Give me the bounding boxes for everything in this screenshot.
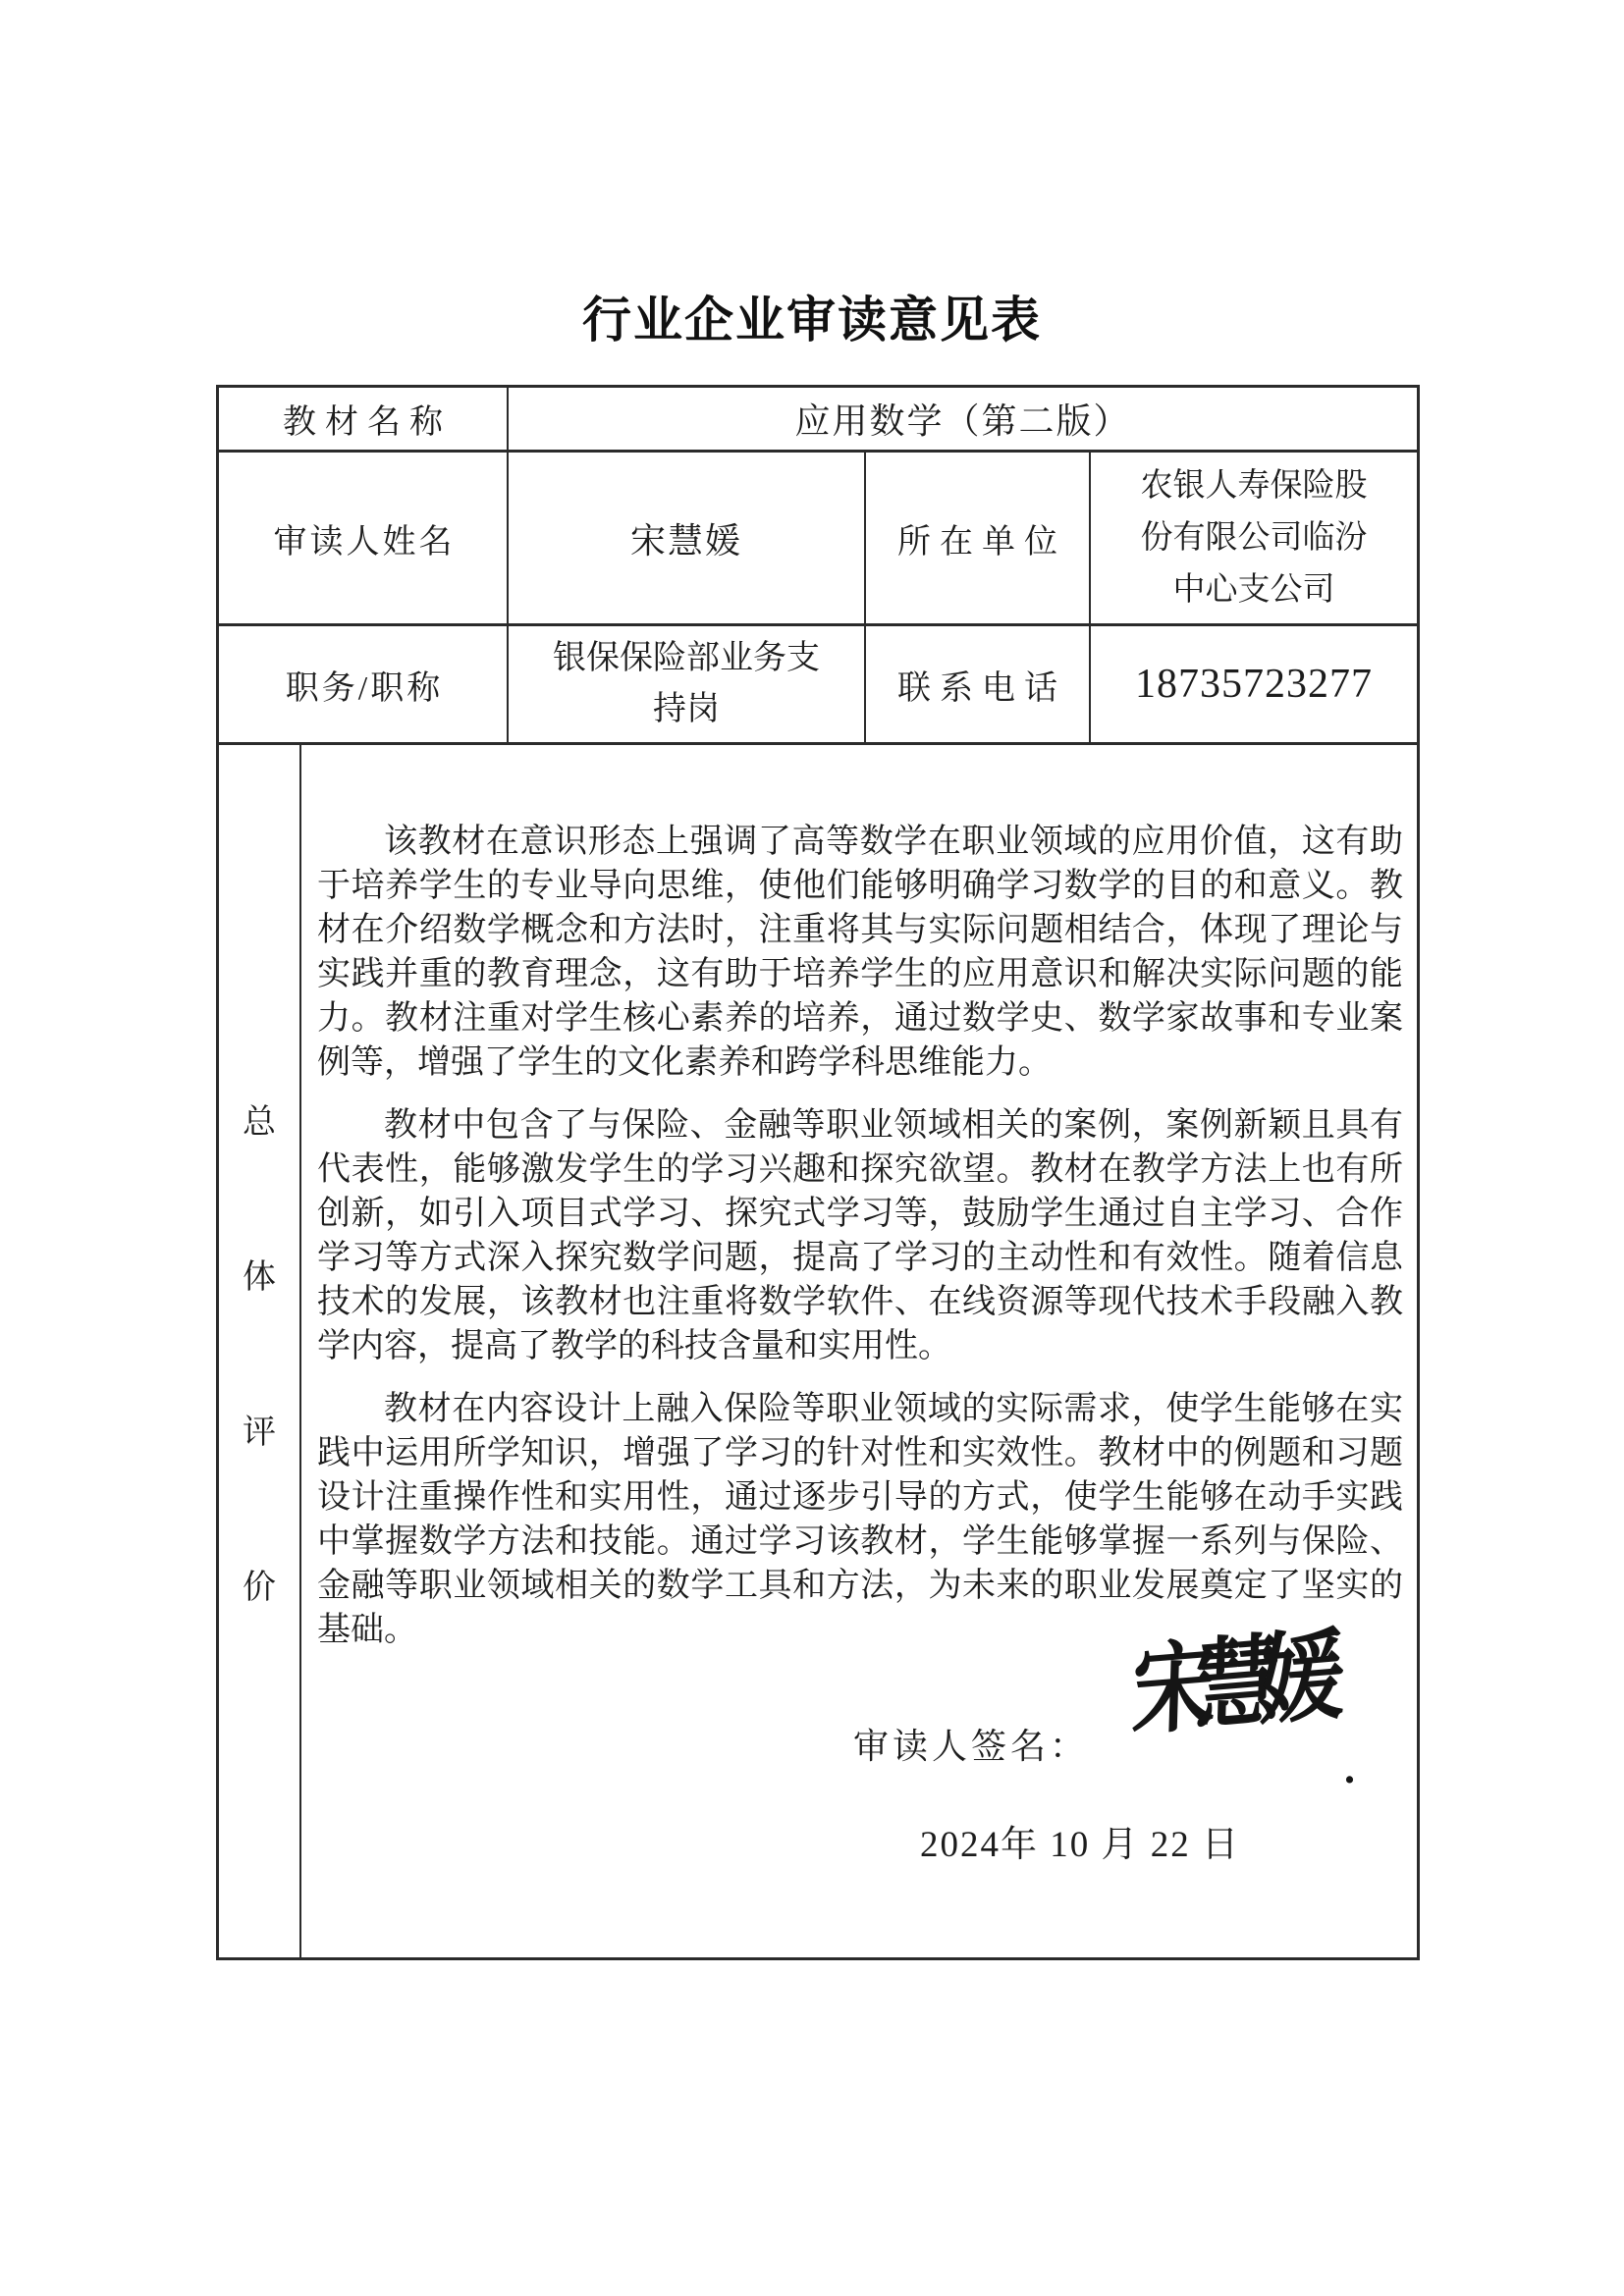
evaluation-paragraph-3: 教材在内容设计上融入保险等职业领域的实际需求，使学生能够在实践中运用所学知识，增… <box>317 1387 1403 1652</box>
signature-dot: . <box>1344 1746 1355 1790</box>
signature-date: 2024年 10 月 22 日 <box>920 1823 1240 1867</box>
evaluation-paragraph-1: 该教材在意识形态上强调了高等数学在职业领域的应用价值，这有助于培养学生的专业导向… <box>317 820 1403 1085</box>
position-value-text: 银保保险部业务支持岗 <box>546 633 827 735</box>
evaluation-label-char-1: 总 <box>243 1095 276 1143</box>
evaluation-paragraph-2: 教材中包含了与保险、金融等职业领域相关的案例，案例新颖且具有代表性，能够激发学生… <box>317 1103 1403 1368</box>
organization-value-text: 农银人寿保险股份有限公司临汾中心支公司 <box>1133 460 1375 616</box>
textbook-label: 教材名称 <box>219 388 509 450</box>
row-evaluation: 总 体 评 价 该教材在意识形态上强调了高等数学在职业领域的应用价值，这有助于培… <box>219 745 1417 1957</box>
evaluation-content: 该教材在意识形态上强调了高等数学在职业领域的应用价值，这有助于培养学生的专业导向… <box>301 745 1417 1957</box>
organization-value: 农银人寿保险股份有限公司临汾中心支公司 <box>1091 453 1417 623</box>
reviewer-value: 宋慧媛 <box>509 453 866 623</box>
phone-value: 18735723277 <box>1091 626 1417 742</box>
textbook-value: 应用数学（第二版） <box>509 388 1417 450</box>
position-label: 职务/职称 <box>219 626 509 742</box>
reviewer-label: 审读人姓名 <box>219 453 509 623</box>
row-reviewer: 审读人姓名 宋慧媛 所在单位 农银人寿保险股份有限公司临汾中心支公司 <box>219 453 1417 626</box>
document-page: { "page_title": "行业企业审读意见表", "form": { "… <box>0 0 1624 2296</box>
signature-handwriting: 宋慧媛 <box>1131 1654 1325 1714</box>
evaluation-label-char-3: 评 <box>243 1405 276 1453</box>
position-value: 银保保险部业务支持岗 <box>509 626 866 742</box>
evaluation-vertical-label: 总 体 评 价 <box>219 745 301 1957</box>
review-form-table: 教材名称 应用数学（第二版） 审读人姓名 宋慧媛 所在单位 农银人寿保险股份有限… <box>216 385 1420 1960</box>
organization-label: 所在单位 <box>866 453 1091 623</box>
signature-label: 审读人签名： <box>853 1725 1089 1769</box>
evaluation-label-char-4: 价 <box>243 1560 276 1608</box>
page-title: 行业企业审读意见表 <box>0 281 1624 351</box>
row-position: 职务/职称 银保保险部业务支持岗 联系电话 18735723277 <box>219 626 1417 745</box>
evaluation-label-char-2: 体 <box>243 1250 276 1298</box>
phone-label: 联系电话 <box>866 626 1091 742</box>
row-textbook: 教材名称 应用数学（第二版） <box>219 388 1417 453</box>
